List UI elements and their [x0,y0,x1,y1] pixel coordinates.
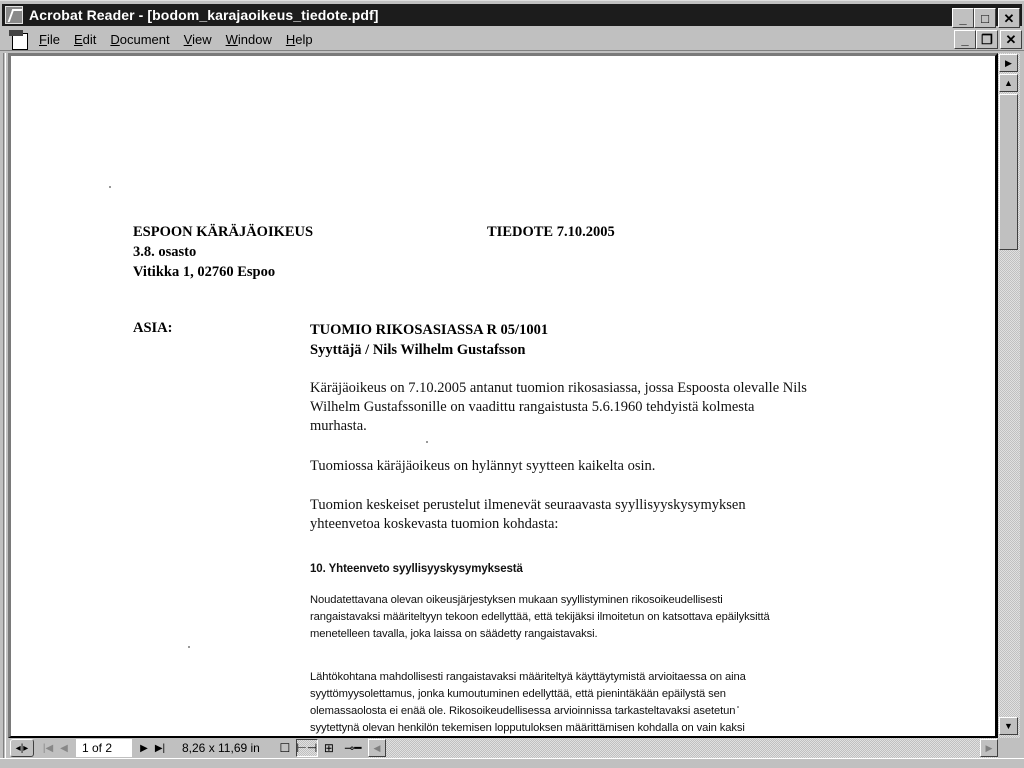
menu-document-rest: ocument [120,32,170,47]
menu-document[interactable]: Document [108,32,171,47]
doc-close-button[interactable]: ✕ [1000,30,1022,49]
facing-pages-button[interactable]: ⊞ [318,739,340,757]
scrollbar-corner [998,738,1020,758]
document-menu-icon[interactable] [9,30,29,50]
pdf-page: ESPOON KÄRÄJÄOIKEUS 3.8. osasto Vitikka … [11,56,995,736]
scroll-up-button[interactable]: ▲ [999,74,1018,92]
previous-page-button[interactable]: ◀ [56,739,72,757]
excerpt-paragraph-1: Noudatettavana olevan oikeusjärjestyksen… [310,592,770,643]
vertical-scrollbar[interactable]: ▶ ▲ ▼ [998,53,1020,738]
subject-label: ASIA: [133,320,172,337]
scroll-right-button[interactable]: ▶ [980,739,998,757]
continuous-page-button[interactable]: ⊢⊣ [296,739,318,757]
window-bottom-edge [0,758,1024,768]
minimize-button[interactable]: _ [952,8,974,28]
first-page-button[interactable]: |◀ [40,739,56,757]
menu-file-rest: ile [47,32,60,47]
menu-help[interactable]: Help [284,32,315,47]
close-button[interactable]: ✕ [998,8,1020,28]
menu-window-rest: indow [238,32,272,47]
menu-edit[interactable]: Edit [72,32,98,47]
doc-restore-button[interactable]: ❐ [976,30,998,49]
security-key-button[interactable]: ⊸━ [340,739,366,757]
court-header: ESPOON KÄRÄJÄOIKEUS 3.8. osasto Vitikka … [133,222,313,282]
scroll-down-button[interactable]: ▼ [999,717,1018,735]
continuous-icon: ⊢⊣ [296,741,317,755]
page-size-readout: 8,26 x 11,69 in [182,741,260,755]
split-view-button[interactable]: ◂|▸ [10,739,34,757]
document-view[interactable]: ESPOON KÄRÄJÄOIKEUS 3.8. osasto Vitikka … [8,53,998,738]
horizontal-scrollbar[interactable]: ◀ ▶ [368,738,998,758]
excerpt-paragraph-2: Lähtökohtana mahdollisesti rangaistavaks… [310,669,770,736]
split-icon: ◂|▸ [16,743,29,754]
scan-speck [188,646,190,648]
court-address: Vitikka 1, 02760 Espoo [133,262,313,282]
doc-minimize-button[interactable]: _ [954,30,976,49]
menu-view[interactable]: View [182,32,214,47]
page-number-field[interactable]: 1 of 2 [76,739,132,757]
menu-bar: File Edit Document View Window Help _ ❐ … [0,29,1024,51]
acrobat-app-icon[interactable] [5,6,23,24]
status-bar: ◂|▸ |◀ ◀ 1 of 2 ▶ ▶| 8,26 x 11,69 in ☐ ⊢… [8,738,998,758]
menu-view-rest: iew [192,32,212,47]
press-release-date: TIEDOTE 7.10.2005 [487,222,615,242]
last-page-button[interactable]: ▶| [152,739,168,757]
menu-window[interactable]: Window [224,32,274,47]
window-title: Acrobat Reader - [bodom_karajaoikeus_tie… [29,7,379,23]
excerpt-heading: 10. Yhteenveto syyllisyyskysymyksestä [310,561,770,578]
title-bar: Acrobat Reader - [bodom_karajaoikeus_tie… [0,0,1024,29]
menu-file[interactable]: File [37,32,62,47]
key-icon: ⊸━ [344,741,361,755]
scan-speck [426,441,428,443]
court-department: 3.8. osasto [133,242,313,262]
case-block: TUOMIO RIKOSASIASSA R 05/1001 Syyttäjä /… [310,320,548,360]
first-page-icon: |◀ [43,743,53,754]
case-parties: Syyttäjä / Nils Wilhelm Gustafsson [310,340,548,360]
next-page-button[interactable]: ▶ [136,739,152,757]
scan-speck [737,706,739,708]
vertical-scroll-thumb[interactable] [999,94,1018,250]
last-page-icon: ▶| [155,743,165,754]
single-page-button[interactable]: ☐ [274,739,296,757]
court-name: ESPOON KÄRÄJÄOIKEUS [133,222,313,242]
maximize-button[interactable]: □ [974,8,996,28]
window-left-border [3,53,6,758]
next-page-arrow-button[interactable]: ▶ [999,54,1018,72]
case-title: TUOMIO RIKOSASIASSA R 05/1001 [310,320,548,340]
menu-help-rest: elp [295,32,312,47]
scroll-left-button[interactable]: ◀ [368,739,386,757]
paragraph-1: Käräjäoikeus on 7.10.2005 antanut tuomio… [310,379,810,436]
scan-speck [109,186,111,188]
paragraph-3: Tuomion keskeiset perustelut ilmenevät s… [310,496,810,534]
menu-edit-rest: dit [83,32,97,47]
paragraph-2: Tuomiossa käräjäoikeus on hylännyt syytt… [310,457,810,476]
